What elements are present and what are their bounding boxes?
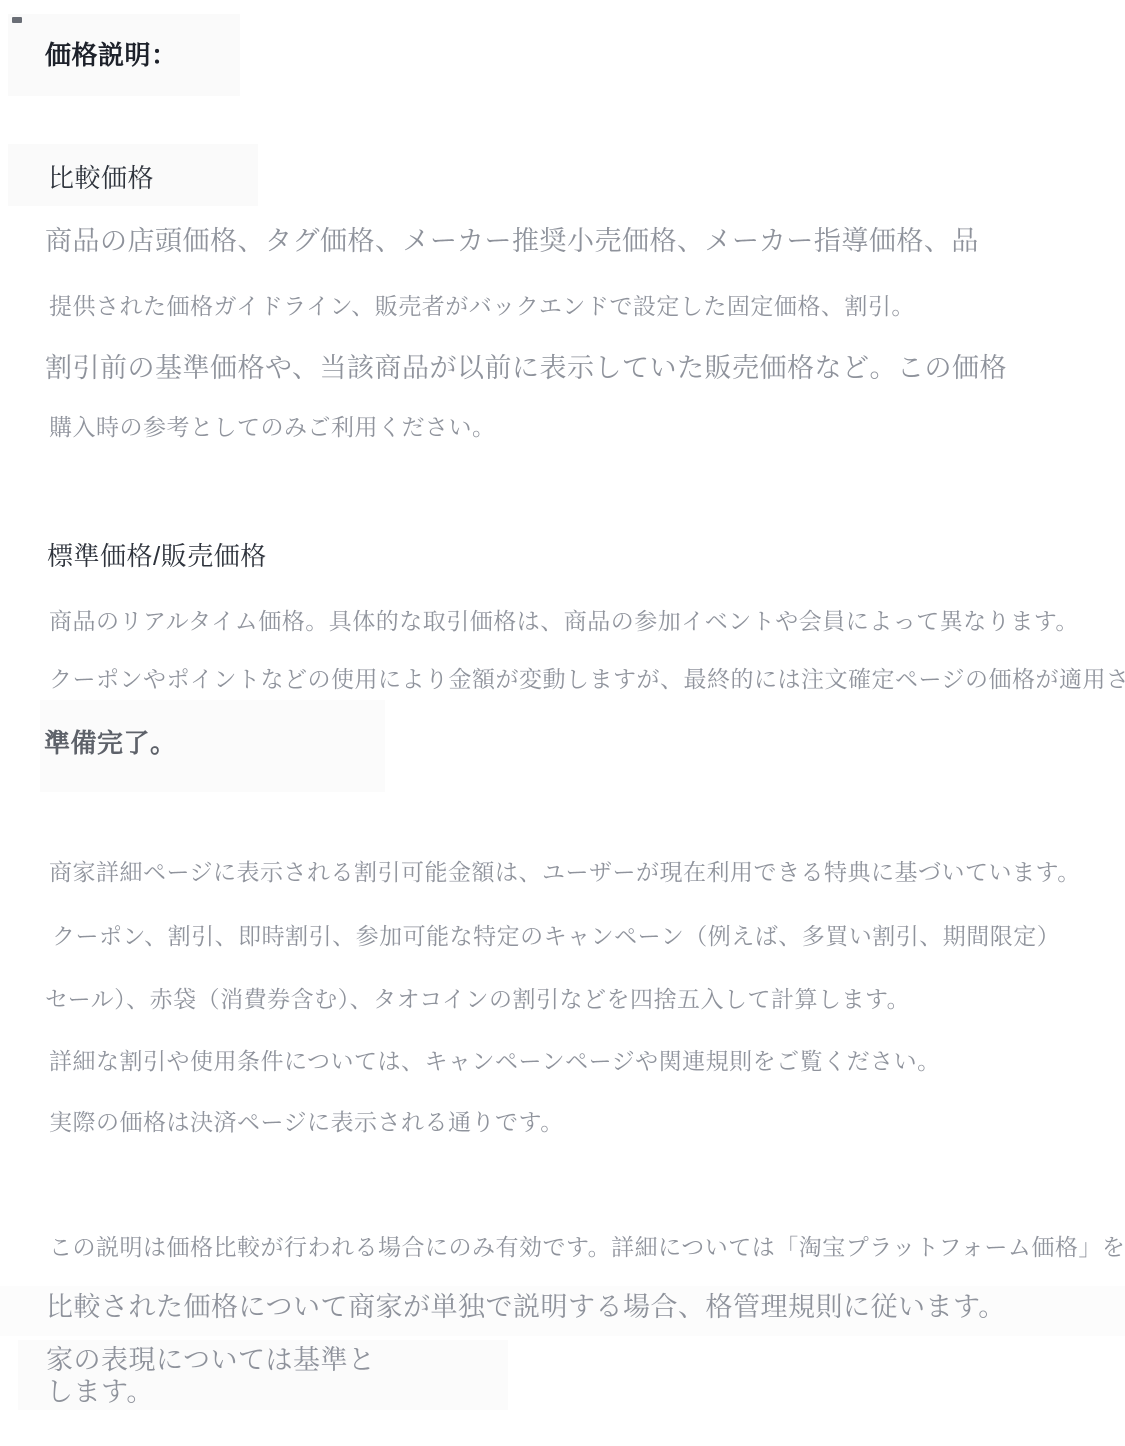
paragraph-line: クーポン、割引、即時割引、参加可能な特定のキャンペーン（例えば、多買い割引、期間… xyxy=(52,923,1060,950)
section-heading-standard-price: 標準価格/販売価格 xyxy=(47,541,267,572)
paragraph-line: 商品のリアルタイム価格。具体的な取引価格は、商品の参加イベントや会員によって異な… xyxy=(49,608,1079,635)
paragraph-line: します。 xyxy=(46,1377,154,1409)
price-explanation-page: 価格説明： 比較価格 商品の店頭価格、タグ価格、メーカー推奨小売価格、メーカー指… xyxy=(0,0,1125,1446)
paragraph-line: 購入時の参考としてのみご利用ください。 xyxy=(49,414,496,441)
paragraph-line: 家の表現については基準と xyxy=(46,1345,375,1377)
paragraph-line: 比較された価格について商家が単独で説明する場合、格管理規則に従います。 xyxy=(46,1292,1006,1324)
paragraph-line: 詳細な割引や使用条件については、キャンペーンページや関連規則をご覧ください。 xyxy=(49,1048,941,1075)
paragraph-line-clipped: クーポンやポイントなどの使用により金額が変動しますが、最終的には注文確定ページの… xyxy=(49,666,1125,693)
artifact-mark xyxy=(12,17,22,23)
page-title: 価格説明： xyxy=(45,40,178,71)
paragraph-line: 商家詳細ページに表示される割引可能金額は、ユーザーが現在利用できる特典に基づいて… xyxy=(49,859,1081,886)
paragraph-line: 商品の店頭価格、タグ価格、メーカー推奨小売価格、メーカー指導価格、品 xyxy=(45,226,979,258)
paragraph-line-clipped: この説明は価格比較が行われる場合にのみ有効です。詳細については「淘宝プラットフォ… xyxy=(49,1234,1125,1261)
paragraph-line: 実際の価格は決済ページに表示される通りです。 xyxy=(49,1109,564,1136)
section-heading-compare-price: 比較価格 xyxy=(48,163,154,194)
ready-label: 準備完了。 xyxy=(44,728,177,759)
paragraph-line: 割引前の基準価格や、当該商品が以前に表示していた販売価格など。この価格 xyxy=(45,353,1007,385)
paragraph-line: 提供された価格ガイドライン、販売者がバックエンドで設定した固定価格、割引。 xyxy=(49,293,915,320)
paragraph-line: セール）、赤袋（消費券含む）、タオコインの割引などを四捨五入して計算します。 xyxy=(45,986,910,1013)
